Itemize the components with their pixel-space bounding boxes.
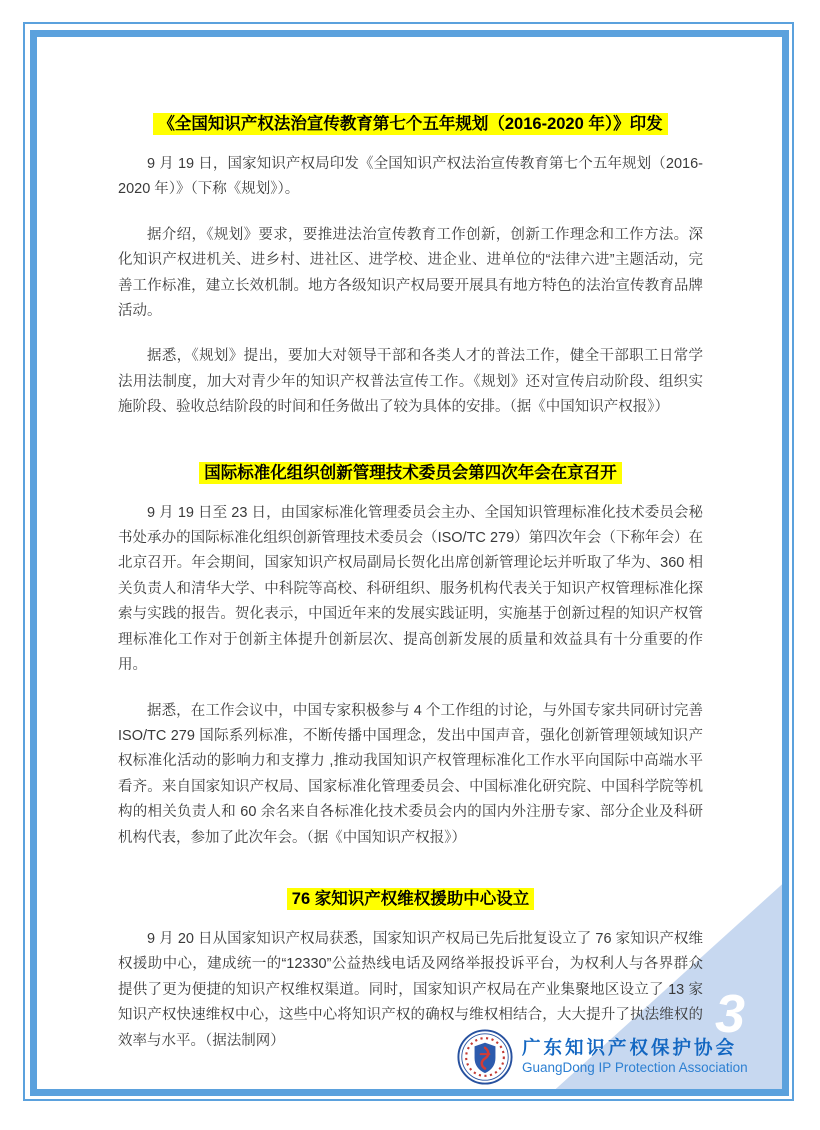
section-1-heading-highlight: 《全国知识产权法治宣传教育第七个五年规划（2016-2020 年）》印发 — [153, 113, 667, 135]
section-2-heading: 国际标准化组织创新管理技术委员会第四次年会在京召开 — [118, 461, 703, 485]
section-3-heading-highlight: 76 家知识产权维权援助中心设立 — [287, 888, 534, 910]
section-2-heading-highlight: 国际标准化组织创新管理技术委员会第四次年会在京召开 — [199, 462, 622, 484]
organization-name-chinese: 广东知识产权保护协会 — [522, 1037, 748, 1059]
section-1-paragraph-3: 据悉，《规划》提出，要加大对领导干部和各类人才的普法工作，健全干部职工日常学法用… — [118, 344, 703, 420]
article-content: 《全国知识产权法治宣传教育第七个五年规划（2016-2020 年）》印发 9 月… — [118, 100, 703, 1054]
section-2-paragraph-1: 9 月 19 日至 23 日，由国家标准化管理委员会主办、全国知识管理标准化技术… — [118, 501, 703, 679]
section-3-heading: 76 家知识产权维权援助中心设立 — [118, 887, 703, 911]
newsletter-page: 《全国知识产权法治宣传教育第七个五年规划（2016-2020 年）》印发 9 月… — [0, 0, 820, 1130]
organization-name: 广东知识产权保护协会 GuangDong IP Protection Assoc… — [522, 1037, 748, 1077]
gdipa-emblem-icon — [456, 1028, 514, 1086]
organization-logo: 广东知识产权保护协会 GuangDong IP Protection Assoc… — [456, 1028, 748, 1086]
section-1-paragraph-1: 9 月 19 日，国家知识产权局印发《全国知识产权法治宣传教育第七个五年规划（2… — [118, 152, 703, 203]
organization-name-english: GuangDong IP Protection Association — [522, 1059, 748, 1077]
section-1-paragraph-2: 据介绍，《规划》要求，要推进法治宣传教育工作创新，创新工作理念和工作方法。深化知… — [118, 223, 703, 325]
section-2-paragraph-2: 据悉，在工作会议中，中国专家积极参与 4 个工作组的讨论，与外国专家共同研讨完善… — [118, 699, 703, 851]
section-1-heading: 《全国知识产权法治宣传教育第七个五年规划（2016-2020 年）》印发 — [118, 112, 703, 136]
